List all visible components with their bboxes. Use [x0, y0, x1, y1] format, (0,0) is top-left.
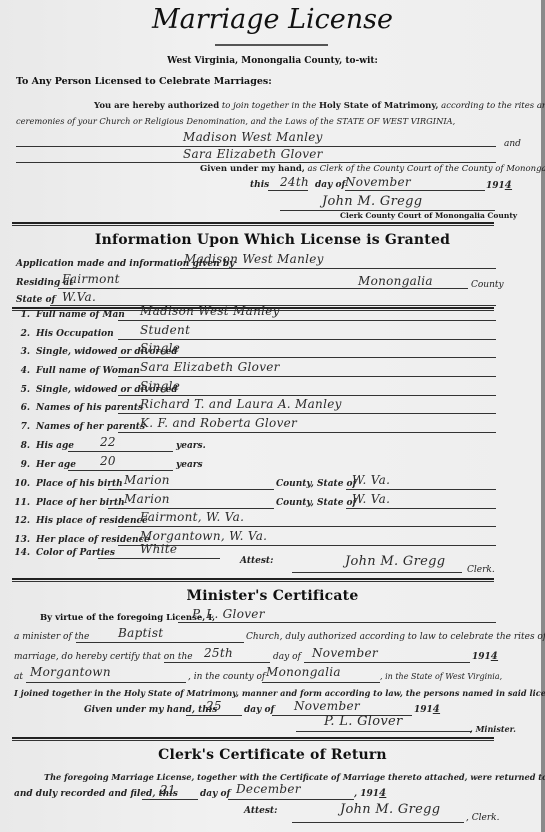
- county-label: County: [471, 280, 504, 290]
- salutation: To Any Person Licensed to Celebrate Marr…: [16, 76, 272, 87]
- month-line: [345, 190, 485, 191]
- day-of-label: day of: [315, 180, 345, 190]
- authorization-line-1: You are hereby authorized to join togeth…: [94, 101, 545, 111]
- item-label-text: Her age: [36, 460, 76, 470]
- license-month: November: [345, 175, 411, 189]
- ceremony-place: Morgantown: [30, 665, 111, 679]
- return-day-of: day of: [200, 789, 230, 799]
- minister-name: P. L. Glover: [192, 607, 265, 621]
- year-suffix: 4: [505, 180, 512, 191]
- clerk-title: Clerk County Court of Monongalia County: [340, 211, 517, 220]
- return-year: , 1914: [354, 788, 386, 799]
- item-line: [98, 558, 220, 559]
- item-suffix: years.: [176, 441, 206, 451]
- year-prefix: , 191: [354, 789, 379, 799]
- state-rest: , in the State of West Virginia,: [380, 672, 502, 681]
- item-value: Morgantown, W. Va.: [140, 529, 267, 543]
- section-divider: [12, 737, 494, 741]
- state-label: State of: [16, 295, 55, 305]
- given-day: 25: [206, 699, 222, 713]
- cert-month: November: [312, 646, 378, 660]
- return-signature: John M. Gregg: [340, 802, 440, 817]
- item-line: [68, 470, 173, 471]
- item-line-2: [346, 489, 496, 490]
- cert-county-line: [262, 682, 380, 683]
- jurisdiction: West Virginia, Monongalia County, to-wit…: [0, 56, 545, 66]
- item-line: [118, 395, 496, 396]
- item-value-2: W. Va.: [352, 473, 390, 487]
- year-suffix: 4: [379, 788, 386, 799]
- return-month-line: [228, 799, 354, 800]
- section-divider: [12, 222, 494, 226]
- minister-signature-line: [296, 731, 472, 732]
- item-value-2: W. Va.: [352, 492, 390, 506]
- year-suffix: 4: [433, 704, 440, 715]
- item-line: [118, 413, 496, 414]
- return-day-line: [142, 799, 198, 800]
- license-year: 1914: [486, 180, 512, 191]
- return-month: December: [236, 782, 301, 796]
- groom-name: Madison West Manley: [183, 130, 323, 144]
- item-label-text: Names of his parents: [36, 403, 143, 413]
- return-text-2: and duly recorded and filed, this: [14, 789, 178, 799]
- attest-label: Attest:: [240, 556, 273, 566]
- item-label-text: Place of his birth: [36, 479, 123, 489]
- given-month: November: [294, 699, 360, 713]
- item-line-2: [346, 508, 496, 509]
- title-underline: [215, 44, 328, 46]
- church-line: [76, 642, 244, 643]
- item-label-text: His Occupation: [36, 329, 114, 339]
- license-day: 24th: [280, 175, 309, 189]
- item-label: 1.Full name of Man: [8, 310, 125, 320]
- item-value: 22: [100, 435, 116, 449]
- authorization-line-2: ceremonies of your Church or Religious D…: [16, 116, 455, 126]
- item-number: 9.: [8, 460, 30, 470]
- given-year: 1914: [414, 704, 440, 715]
- item-number: 6.: [8, 403, 30, 413]
- item-label: 7.Names of her parents: [8, 422, 145, 432]
- year-prefix: 191: [486, 181, 505, 191]
- item-mid-label: County, State of: [276, 498, 356, 508]
- item-label-text: Her place of residence: [36, 535, 150, 545]
- item-line: [118, 357, 496, 358]
- county-label: , in the county of: [188, 672, 265, 682]
- item-label: 11.Place of her birth: [8, 498, 125, 508]
- item-line: [108, 508, 274, 509]
- item-label-text: His age: [36, 441, 74, 451]
- item-label: 10.Place of his birth: [8, 479, 123, 489]
- auth-text-a: to join together in the: [222, 101, 316, 111]
- item-number: 8.: [8, 441, 30, 451]
- cert-day: 25th: [204, 646, 233, 660]
- return-attest-label: Attest:: [244, 806, 277, 816]
- item-label: 4.Full name of Woman: [8, 366, 140, 376]
- state-value: W.Va.: [62, 290, 96, 304]
- cert-day-line: [164, 662, 270, 663]
- item-number: 3.: [8, 347, 30, 357]
- item-number: 7.: [8, 422, 30, 432]
- return-day: 21: [160, 783, 176, 797]
- item-label-text: Color of Parties: [36, 548, 115, 558]
- item-label: 6.Names of his parents: [8, 403, 143, 413]
- minister-of-label: a minister of the: [14, 632, 89, 642]
- item-value: Single: [140, 379, 180, 393]
- item-label-text: His place of residence: [36, 516, 148, 526]
- county-value: Monongalia: [358, 274, 433, 288]
- item-label: 12.His place of residence: [8, 516, 148, 526]
- item-label: 13.Her place of residence: [8, 535, 150, 545]
- given-day-line: [186, 715, 242, 716]
- document-title: Marriage License: [0, 4, 545, 35]
- item-number: 10.: [8, 479, 30, 489]
- auth-text-b: according to the rites and: [441, 101, 545, 111]
- item-number: 11.: [8, 498, 30, 508]
- page-edge: [541, 0, 545, 832]
- item-number: 2.: [8, 329, 30, 339]
- item-label-text: Full name of Woman: [36, 366, 140, 376]
- day-line: [268, 190, 308, 191]
- application-line: [180, 268, 496, 269]
- joined-text: I joined together in the Holy State of M…: [14, 688, 545, 698]
- item-line: [118, 376, 496, 377]
- minister-label: , Minister.: [470, 724, 516, 734]
- item-number: 5.: [8, 385, 30, 395]
- year-suffix: 4: [491, 651, 498, 662]
- and-label: and: [504, 139, 521, 149]
- item-number: 14.: [8, 548, 30, 558]
- item-value: 20: [100, 454, 116, 468]
- attest-signature: John M. Gregg: [345, 554, 445, 569]
- minister-signature: P. L. Glover: [324, 714, 403, 729]
- given-label: Given under my hand, this: [84, 705, 217, 715]
- item-label-text: Full name of Man: [36, 310, 125, 320]
- given-rest: as Clerk of the County Court of the Coun…: [308, 164, 545, 174]
- return-signature-line: [292, 822, 464, 823]
- at-label: at: [14, 672, 23, 682]
- bride-name: Sara Elizabeth Glover: [183, 147, 323, 161]
- return-clerk-label: , Clerk.: [466, 813, 499, 823]
- minister-title: Minister's Certificate: [0, 588, 545, 604]
- minister-name-line: [178, 622, 496, 623]
- item-number: 12.: [8, 516, 30, 526]
- clerk-label: Clerk.: [467, 565, 495, 575]
- church-value: Baptist: [118, 626, 163, 640]
- item-value: Fairmont, W. Va.: [140, 510, 244, 524]
- item-line: [118, 320, 496, 321]
- auth-bold: You are hereby authorized: [94, 101, 219, 111]
- auth-bold-2: Holy State of Matrimony,: [319, 101, 438, 111]
- information-title: Information Upon Which License is Grante…: [0, 232, 545, 248]
- residing-line: [58, 288, 468, 289]
- item-number: 4.: [8, 366, 30, 376]
- place-line: [26, 682, 186, 683]
- item-line: [68, 451, 173, 452]
- section-divider: [12, 578, 494, 582]
- clerk-return-title: Clerk's Certificate of Return: [0, 747, 545, 763]
- item-value: Richard T. and Laura A. Manley: [140, 397, 342, 411]
- church-rest: Church, duly authorized according to law…: [246, 632, 545, 642]
- attest-line: [292, 572, 462, 573]
- cert-day-of: day of: [273, 652, 301, 662]
- marriage-license-document: Marriage License West Virginia, Monongal…: [0, 0, 545, 832]
- item-mid-label: County, State of: [276, 479, 356, 489]
- given-day-of: day of: [244, 705, 274, 715]
- item-number: 1.: [8, 310, 30, 320]
- item-label: 9.Her age: [8, 460, 76, 470]
- certify-label: marriage, do hereby certify that on the: [14, 652, 193, 662]
- item-value: Marion: [124, 492, 170, 506]
- application-value: Madison West Manley: [184, 252, 324, 266]
- item-line: [118, 526, 496, 527]
- item-label: 2.His Occupation: [8, 329, 114, 339]
- item-value: Madison West Manley: [140, 304, 280, 318]
- given-bold: Given under my hand,: [200, 164, 305, 174]
- bride-line: [16, 162, 496, 163]
- ceremony-county: Monongalia: [266, 665, 341, 679]
- item-line: [118, 339, 496, 340]
- year-prefix: 191: [472, 652, 491, 662]
- given-under-hand: Given under my hand, as Clerk of the Cou…: [200, 164, 545, 174]
- year-prefix: 191: [414, 705, 433, 715]
- item-label: 8.His age: [8, 441, 74, 451]
- clerk-signature: John M. Gregg: [322, 194, 422, 209]
- item-number: 13.: [8, 535, 30, 545]
- item-label-text: Place of her birth: [36, 498, 125, 508]
- this-label: this: [250, 180, 269, 190]
- residing-value: Fairmont: [62, 272, 120, 286]
- item-line: [108, 489, 274, 490]
- item-value: Single: [140, 341, 180, 355]
- item-value: White: [140, 542, 177, 556]
- cert-month-line: [304, 662, 470, 663]
- item-value: K. F. and Roberta Glover: [140, 416, 297, 430]
- return-text-1: The foregoing Marriage License, together…: [44, 772, 545, 782]
- item-line: [118, 432, 496, 433]
- item-value: Marion: [124, 473, 170, 487]
- cert-year: 1914: [472, 651, 498, 662]
- item-value: Sara Elizabeth Glover: [140, 360, 280, 374]
- item-value: Student: [140, 323, 190, 337]
- item-label-text: Names of her parents: [36, 422, 145, 432]
- item-label: 14.Color of Parties: [8, 548, 115, 558]
- item-suffix: years: [176, 460, 203, 470]
